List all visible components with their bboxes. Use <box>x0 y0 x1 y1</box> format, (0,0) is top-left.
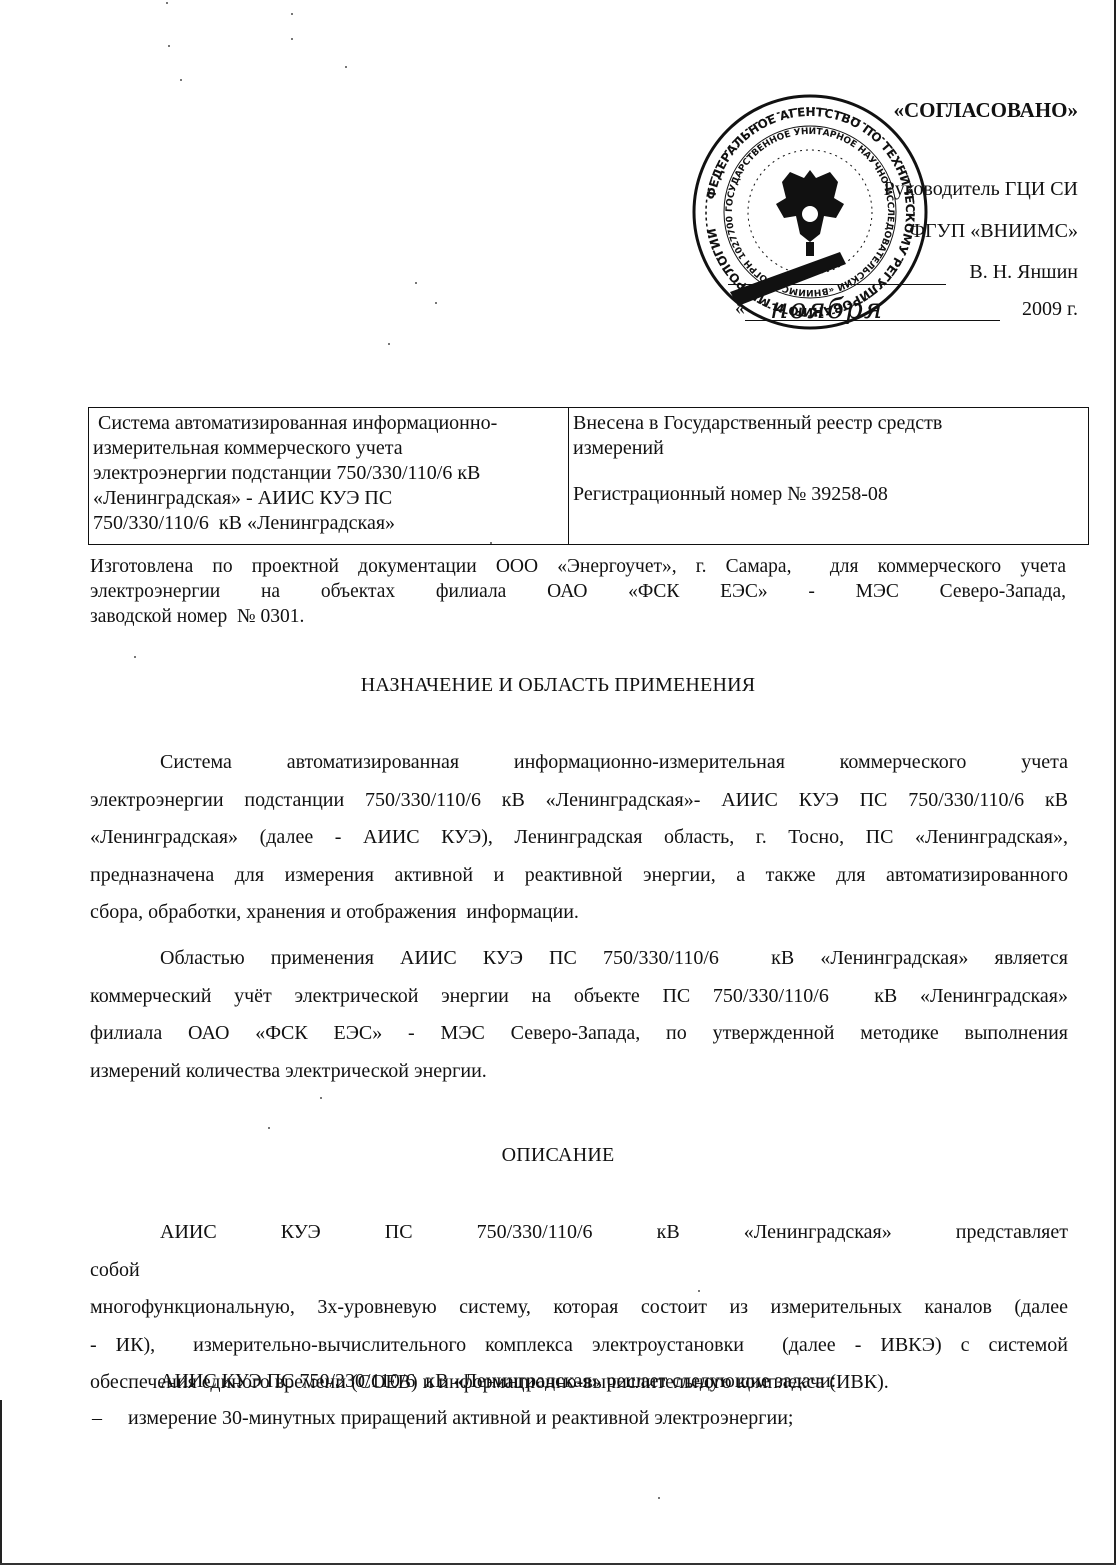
system-name-line: Система автоматизированная информационно… <box>93 411 566 436</box>
paragraph-line: АИИС КУЭ ПС 750/330/110/6 кВ «Ленинградс… <box>90 1363 1068 1401</box>
registry-text: измерений <box>573 436 1086 461</box>
approval-signatory: В. Н. Яншин <box>969 261 1078 284</box>
system-name-line: 750/330/110/6 кВ «Ленинградская» <box>93 511 566 536</box>
date-open-quote: « <box>735 297 745 320</box>
paragraph-line: предназначена для измерения активной и р… <box>90 857 1068 895</box>
page-edge <box>0 1400 2 1565</box>
paragraph-line-text: АИИС КУЭ ПС 750/330/110/6 кВ «Ленинградс… <box>90 1221 1068 1281</box>
manufacture-line: заводской номер № 0301. <box>90 604 1066 629</box>
paragraph-line: Областью применения АИИС КУЭ ПС 750/330/… <box>90 940 1068 978</box>
approval-title: «СОГЛАСОВАНО» <box>894 98 1078 123</box>
paragraph-line: коммерческий учёт электрической энергии … <box>90 978 1068 1016</box>
approval-organization: ФГУП «ВНИИМС» <box>909 220 1078 243</box>
paragraph-line: измерений количества электрической энерг… <box>90 1053 1068 1091</box>
paragraph-line: Система автоматизированная информационно… <box>90 744 1068 782</box>
section-heading-purpose: НАЗНАЧЕНИЕ И ОБЛАСТЬ ПРИМЕНЕНИЯ <box>0 674 1116 697</box>
approval-position: Руководитель ГЦИ СИ <box>884 178 1078 201</box>
registration-number: Регистрационный номер № 39258-08 <box>573 482 1086 507</box>
paragraph-line: многофункциональную, 3х-уровневую систем… <box>90 1289 1068 1327</box>
registry-cell: Внесена в Государственный реестр средств… <box>569 408 1088 544</box>
paragraph-line: АИИС КУЭ ПС 750/330/110/6 кВ «Ленинградс… <box>90 1214 1068 1289</box>
system-name-cell: Система автоматизированная информационно… <box>89 408 569 544</box>
paragraph-line-text: АИИС КУЭ ПС 750/330/110/6 кВ «Ленинградс… <box>160 1370 836 1392</box>
info-table: Система автоматизированная информационно… <box>88 407 1089 545</box>
section-heading-description: ОПИСАНИЕ <box>0 1144 1116 1167</box>
paragraph-line: - ИК), измерительно-вычислительного комп… <box>90 1327 1068 1365</box>
paragraph-line: электроэнергии подстанции 750/330/110/6 … <box>90 782 1068 820</box>
task-text: измерение 30-минутных приращений активно… <box>128 1407 793 1429</box>
date-line <box>745 320 1000 321</box>
system-name-line: измерительная коммерческого учета <box>93 436 566 461</box>
manufacture-note: Изготовлена по проектной документации ОО… <box>90 554 1066 629</box>
purpose-paragraph: Система автоматизированная информационно… <box>90 744 1068 932</box>
paragraph-line: «Ленинградская» (далее - АИИС КУЭ), Лени… <box>90 819 1068 857</box>
signature-line <box>728 284 946 285</box>
approval-date-year: 2009 г. <box>1022 298 1078 321</box>
manufacture-line: электроэнергии на объектах филиала ОАО «… <box>90 579 1066 604</box>
paragraph-line-text: Областью применения АИИС КУЭ ПС 750/330/… <box>160 947 1068 969</box>
paragraph-line-text: Система автоматизированная информационно… <box>160 751 1068 773</box>
system-name-line: «Ленинградская» - АИИС КУЭ ПС <box>93 486 566 511</box>
paragraph-line: сбора, обработки, хранения и отображения… <box>90 894 1068 932</box>
scope-paragraph: Областью применения АИИС КУЭ ПС 750/330/… <box>90 940 1068 1090</box>
system-name-line: электроэнергии подстанции 750/330/110/6 … <box>93 461 566 486</box>
manufacture-line: Изготовлена по проектной документации ОО… <box>90 554 1066 579</box>
paragraph-line: филиала ОАО «ФСК ЕЭС» - МЭС Северо-Запад… <box>90 1015 1068 1053</box>
tasks-intro: АИИС КУЭ ПС 750/330/110/6 кВ «Ленинградс… <box>90 1363 1068 1401</box>
registry-text: Внесена в Государственный реестр средств <box>573 411 1086 436</box>
task-list-item: –измерение 30-минутных приращений активн… <box>90 1407 793 1430</box>
dash-bullet-icon: – <box>90 1407 128 1430</box>
